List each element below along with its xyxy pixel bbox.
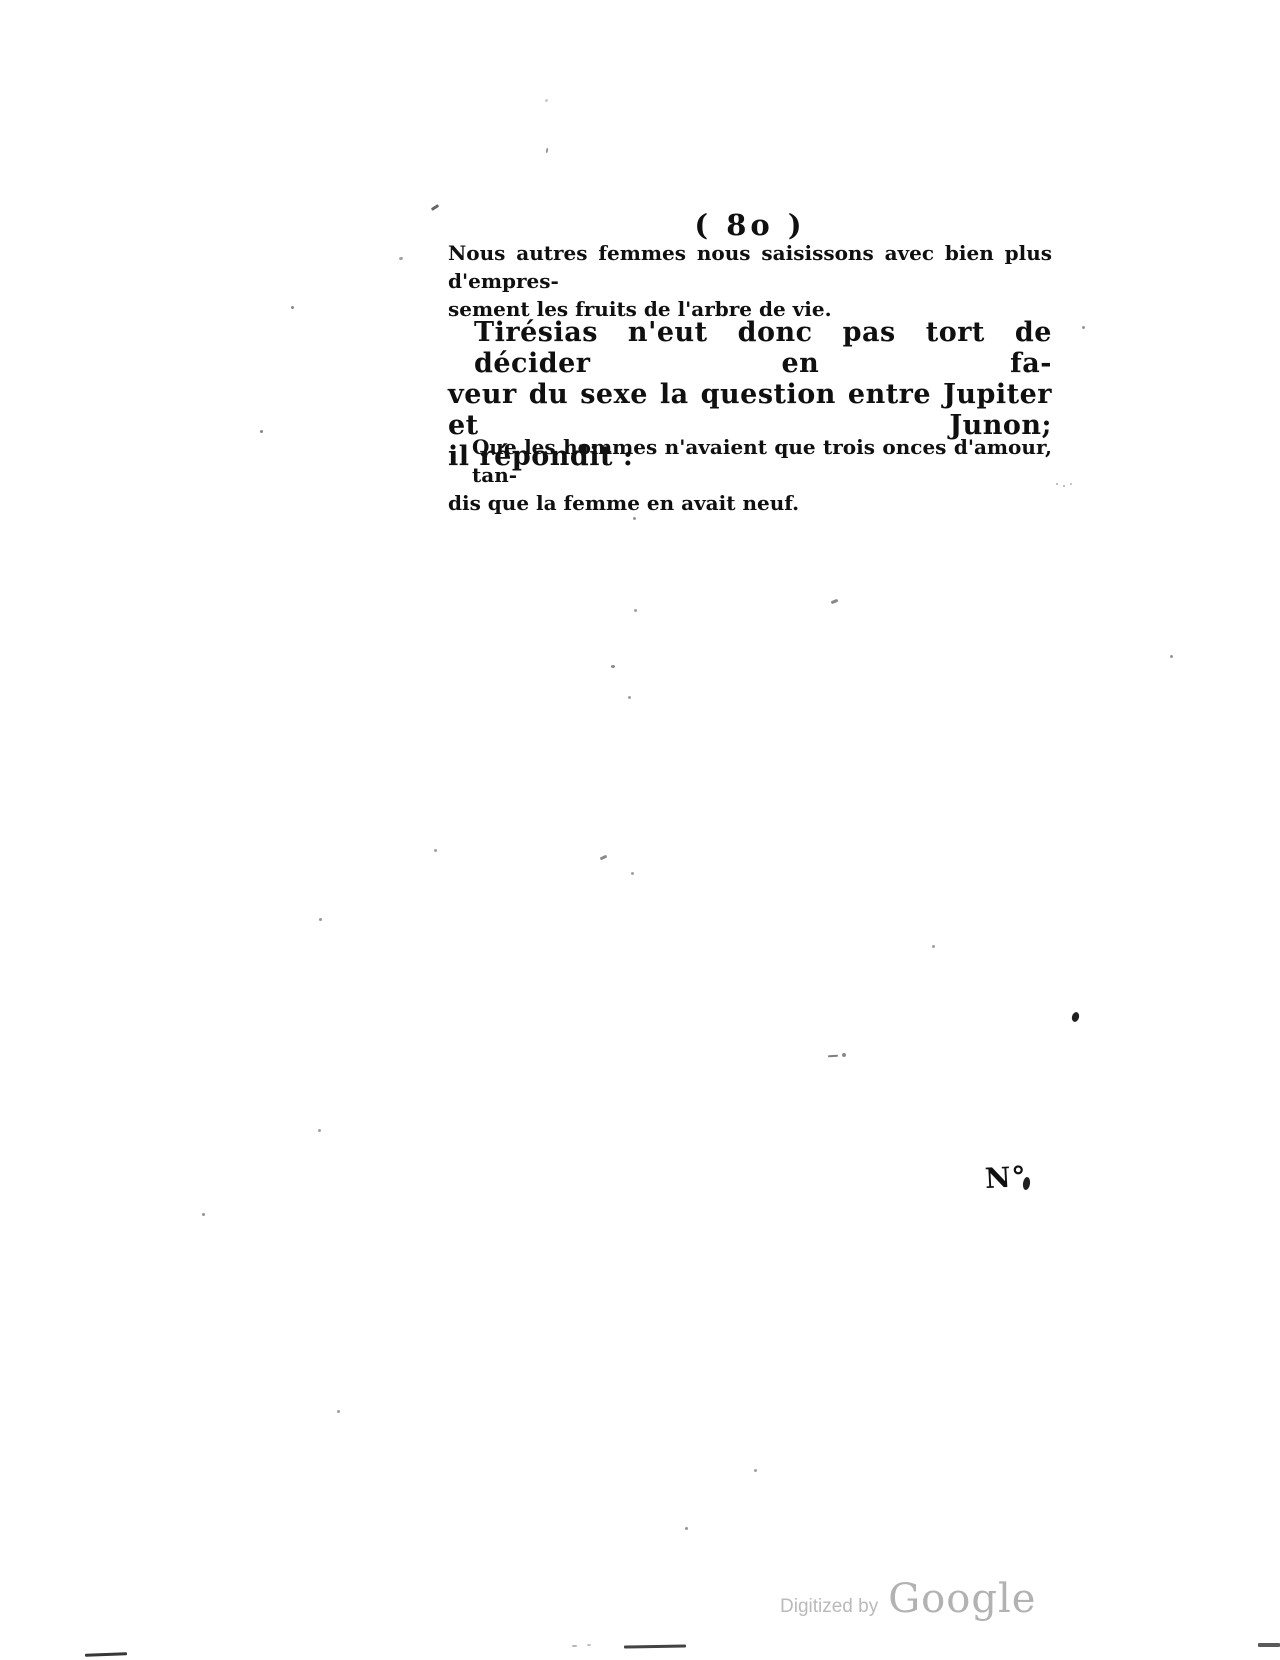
scan-speck	[572, 1645, 577, 1647]
printer-signature-mark: N°	[984, 1160, 1027, 1195]
text-line: Tirésias n'eut donc pas tort de décider …	[448, 317, 1052, 379]
scan-speck	[318, 1129, 321, 1132]
scan-speck	[624, 1644, 686, 1648]
scan-speck	[828, 1055, 838, 1058]
scan-speck	[337, 1410, 340, 1413]
scan-speck	[628, 696, 631, 699]
scan-speck	[1170, 655, 1173, 658]
scanned-book-page: ( 8o ) Nous autres femmes nous saisisson…	[0, 0, 1280, 1660]
scan-speck	[600, 855, 608, 861]
google-logo: Google	[888, 1576, 1036, 1622]
scan-speck	[85, 1652, 127, 1656]
text-line: Que les hommes n'avaient que trois onces…	[448, 433, 1052, 489]
page-number: ( 8o )	[448, 208, 1052, 242]
scan-speck	[754, 1469, 757, 1472]
scan-speck	[1258, 1643, 1280, 1647]
scan-speck	[546, 148, 549, 153]
scan-speck	[1071, 1011, 1080, 1022]
scan-speck	[1082, 326, 1085, 329]
scan-speck	[831, 599, 839, 604]
scan-speck	[545, 99, 548, 102]
scan-speck	[1070, 483, 1072, 485]
text-line: veur du sexe la question entre Jupiter e…	[448, 379, 1052, 441]
scan-speck	[319, 918, 322, 921]
watermark-prefix-text: Digitized by	[780, 1596, 878, 1618]
scan-speck	[633, 517, 636, 520]
scan-speck	[399, 256, 404, 260]
scan-speck	[260, 430, 263, 433]
scan-speck	[1022, 1177, 1031, 1191]
scan-speck	[842, 1053, 846, 1057]
paragraph-quote-onces-amour: Que les hommes n'avaient que trois onces…	[448, 433, 1052, 517]
text-line: dis que la femme en avait neuf.	[448, 489, 1052, 517]
scan-speck	[631, 872, 634, 875]
scan-speck	[1063, 485, 1065, 487]
paragraph-quote-empressement: Nous autres femmes nous saisissons avec …	[448, 239, 1052, 323]
text-line: Nous autres femmes nous saisissons avec …	[448, 239, 1052, 295]
scan-speck	[202, 1213, 205, 1216]
scan-speck	[291, 306, 294, 309]
digitization-watermark: Digitized by Google	[780, 1576, 1036, 1622]
scan-speck	[634, 609, 637, 612]
scan-speck	[611, 665, 615, 668]
scan-speck	[587, 1644, 591, 1646]
scan-speck	[431, 204, 439, 211]
scan-speck	[434, 849, 437, 852]
scan-speck	[685, 1527, 688, 1530]
scan-speck	[1056, 483, 1058, 485]
scan-speck	[932, 945, 935, 948]
